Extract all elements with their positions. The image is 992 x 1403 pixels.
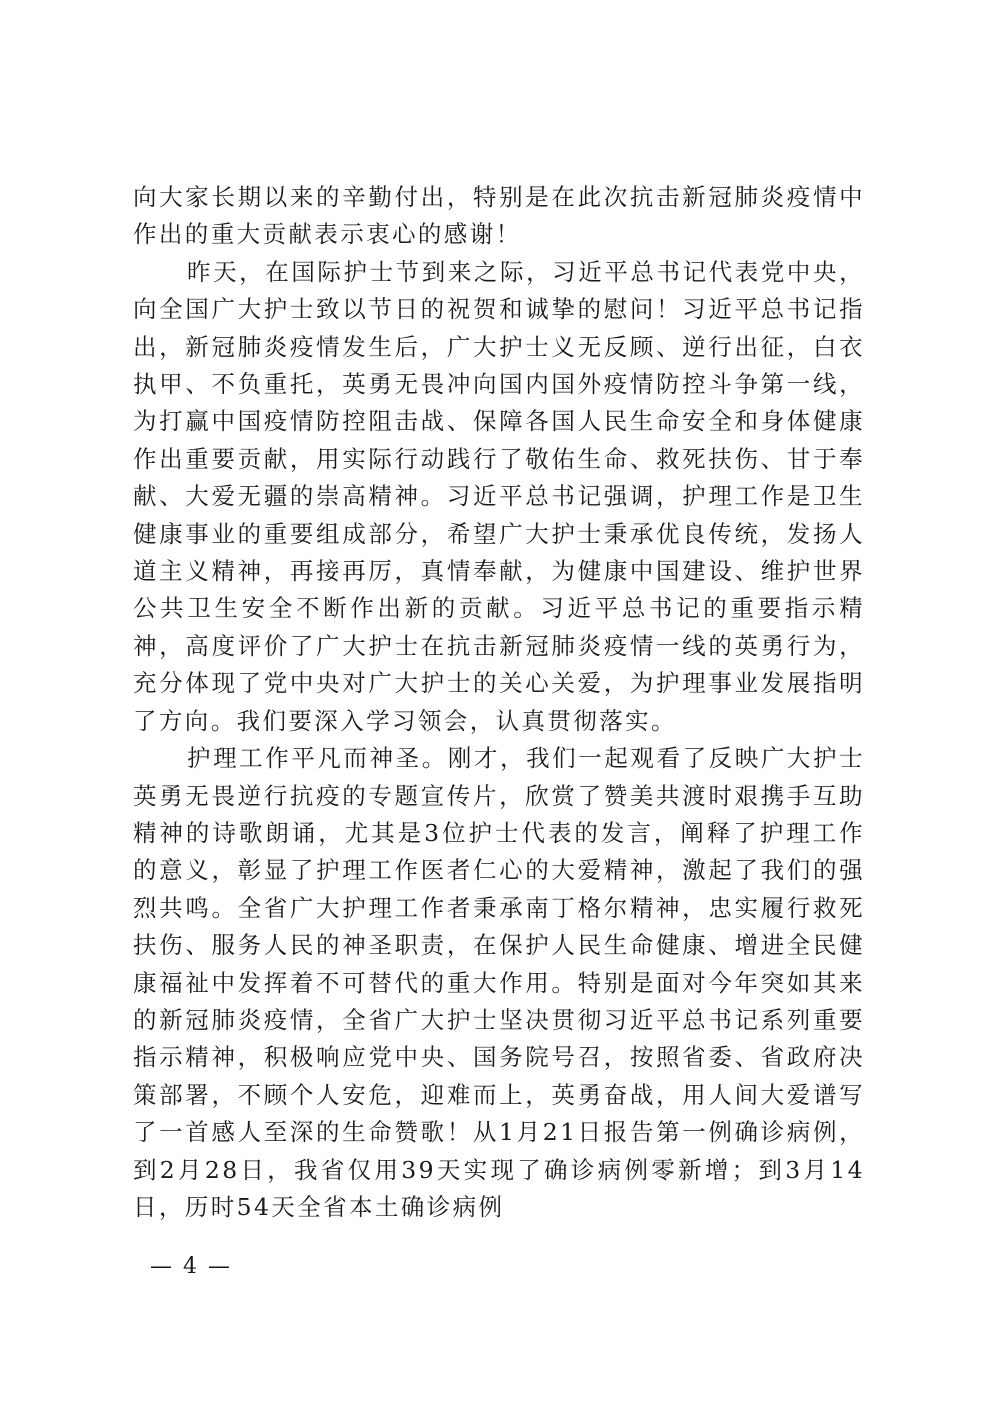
- page-number: — 4 —: [150, 1254, 232, 1279]
- paragraph-2: 昨天，在国际护士节到来之际，习近平总书记代表党中央，向全国广大护士致以节日的祝贺…: [133, 254, 865, 740]
- document-page: 向大家长期以来的辛勤付出，特别是在此次抗击新冠肺炎疫情中作出的重大贡献表示衷心的…: [0, 0, 992, 1403]
- paragraph-3: 护理工作平凡而神圣。刚才，我们一起观看了反映广大护士英勇无畏逆行抗疫的专题宣传片…: [133, 740, 865, 1226]
- paragraph-1: 向大家长期以来的辛勤付出，特别是在此次抗击新冠肺炎疫情中作出的重大贡献表示衷心的…: [133, 179, 865, 254]
- body-text: 向大家长期以来的辛勤付出，特别是在此次抗击新冠肺炎疫情中作出的重大贡献表示衷心的…: [133, 179, 865, 1226]
